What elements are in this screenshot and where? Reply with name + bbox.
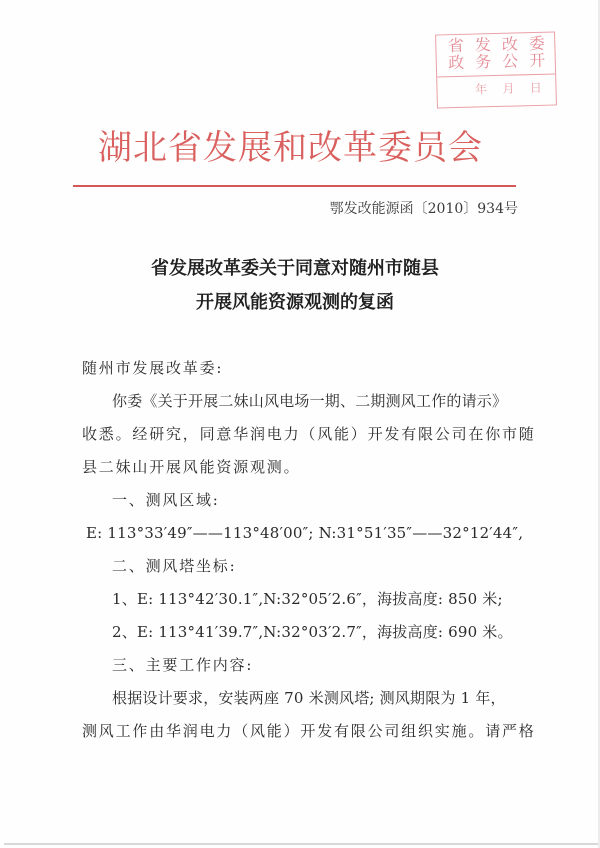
document-number: 鄂发改能源函〔2010〕934号 bbox=[330, 198, 518, 218]
scan-bottom-edge bbox=[4, 843, 598, 845]
paragraph-line: 收悉。经研究，同意华润电力（风能）开发有限公司在你市随 bbox=[82, 418, 522, 451]
stamp-char: 公 bbox=[497, 52, 524, 70]
paragraph-line: 根据设计要求，安装两座 70 米测风塔; 测风期限为 1 年， bbox=[82, 682, 522, 715]
title-line-2: 开展风能资源观测的复函 bbox=[0, 286, 600, 320]
stamp-char: 政 bbox=[443, 54, 470, 72]
stamp-char: 务 bbox=[470, 53, 497, 71]
stamp-month: 月 bbox=[502, 80, 514, 97]
section-heading-area: 一、测风区域: bbox=[82, 484, 522, 517]
stamp-char: 改 bbox=[496, 35, 523, 53]
tower-coordinate-1: 1、E: 113°42′30.1″,N:32°05′2.6″，海拔高度: 850… bbox=[82, 583, 522, 616]
organization-header: 湖北省发展和改革委员会 bbox=[98, 120, 483, 169]
stamp-char: 开 bbox=[524, 52, 551, 70]
section-heading-towers: 二、测风塔坐标: bbox=[82, 550, 522, 583]
document-body: 随州市发展改革委: 你委《关于开展二妹山风电场一期、二期测风工作的请示》 收悉。… bbox=[82, 352, 522, 748]
document-title: 省发展改革委关于同意对随州市随县 开展风能资源观测的复函 bbox=[0, 252, 600, 320]
coordinate-range: E: 113°33′49″——113°48′00″; N:31°51′35″——… bbox=[82, 517, 522, 550]
paragraph-line: 你委《关于开展二妹山风电场一期、二期测风工作的请示》 bbox=[82, 385, 522, 418]
paragraph-line: 测风工作由华润电力（风能）开发有限公司组织实施。请严格 bbox=[82, 715, 522, 748]
stamp-char: 省 bbox=[442, 37, 469, 55]
tower-coordinate-2: 2、E: 113°41′39.7″,N:32°03′2.7″，海拔高度: 690… bbox=[82, 616, 522, 649]
disclosure-stamp: 省 发 改 委 政 务 公 开 年 月 日 bbox=[435, 31, 557, 108]
stamp-date: 年 月 日 bbox=[437, 78, 555, 98]
paragraph-line: 县二妹山开展风能资源观测。 bbox=[82, 451, 522, 484]
stamp-divider bbox=[437, 73, 555, 77]
document-page: 省 发 改 委 政 务 公 开 年 月 日 湖北省发展和改革委员会 鄂发改能源函… bbox=[0, 0, 600, 848]
stamp-text: 省 发 改 委 政 务 公 开 bbox=[436, 32, 555, 71]
stamp-year: 年 bbox=[475, 80, 487, 97]
title-line-1: 省发展改革委关于同意对随州市随县 bbox=[0, 252, 600, 286]
section-heading-work: 三、主要工作内容: bbox=[82, 649, 522, 682]
header-divider bbox=[73, 185, 516, 187]
stamp-day: 日 bbox=[530, 79, 542, 96]
stamp-char: 发 bbox=[469, 36, 496, 54]
addressee: 随州市发展改革委: bbox=[82, 352, 522, 385]
stamp-char: 委 bbox=[523, 35, 550, 53]
